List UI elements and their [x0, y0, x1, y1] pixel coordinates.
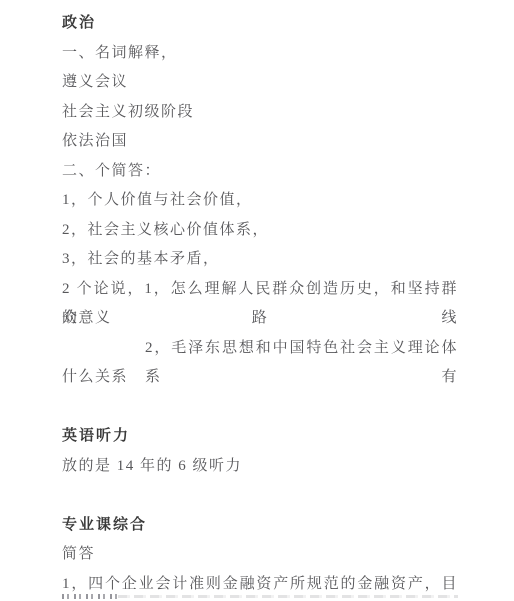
- text-line-indented: 2，毛泽东思想和中国特色社会主义理论体系有: [145, 334, 458, 364]
- clipped-glyph-tops-faint: [118, 595, 458, 598]
- text-line: 简答: [62, 540, 458, 570]
- text-line: 2，社会主义核心价值体系，: [62, 216, 458, 246]
- clipped-bottom-text-line: [62, 594, 458, 600]
- text-line: 遵义会议: [62, 68, 458, 98]
- text-line: 依法治国: [62, 127, 458, 157]
- clipped-glyph-tops: [62, 594, 118, 599]
- text-line: 2 个论说，1，怎么理解人民群众创造历史，和坚持群众路线: [62, 275, 458, 305]
- document-page: { "colors": { "bg": "#ffffff", "body": "…: [0, 0, 514, 601]
- text-line: 二、个简答：: [62, 157, 458, 187]
- blank-line: [62, 393, 458, 423]
- text-line: 3，社会的基本矛盾，: [62, 245, 458, 275]
- heading-politics: 政治: [62, 9, 458, 39]
- heading-major-course: 专业课综合: [62, 511, 458, 541]
- document-body: 政治 一、名词解释， 遵义会议 社会主义初级阶段 依法治国 二、个简答： 1，个…: [0, 0, 514, 599]
- text-line: 1，个人价值与社会价值，: [62, 186, 458, 216]
- text-line: 放的是 14 年的 6 级听力: [62, 452, 458, 482]
- text-line: 社会主义初级阶段: [62, 98, 458, 128]
- text-line: 一、名词解释，: [62, 39, 458, 69]
- heading-english-listening: 英语听力: [62, 422, 458, 452]
- blank-line: [62, 481, 458, 511]
